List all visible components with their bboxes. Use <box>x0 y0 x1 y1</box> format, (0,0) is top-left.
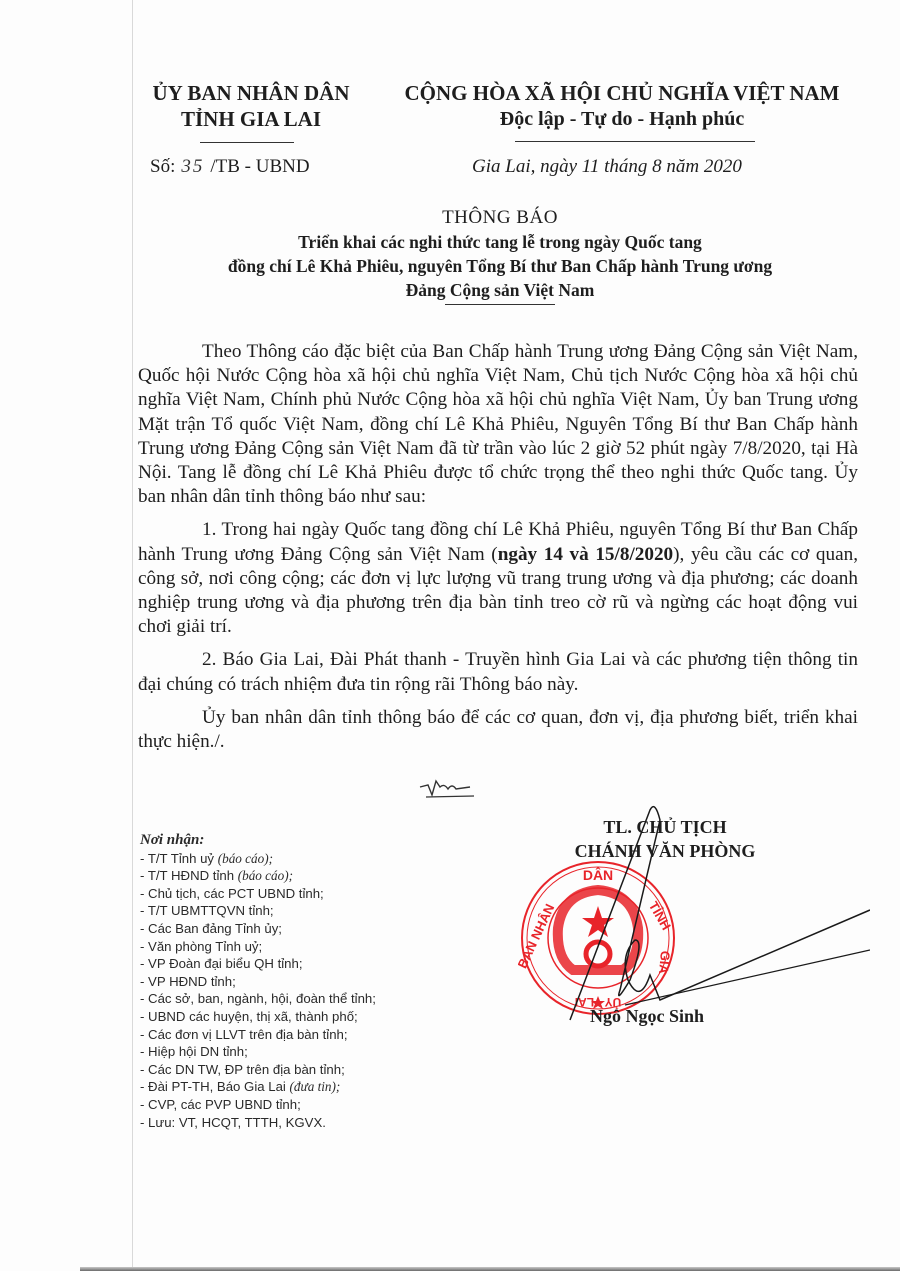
handwritten-initials-icon <box>418 775 498 799</box>
recipient-item: - Các Ban đảng Tỉnh ủy; <box>140 920 376 938</box>
item-2-paragraph: 2. Báo Gia Lai, Đài Phát thanh - Truyền … <box>138 648 858 696</box>
recipient-item: - T/T UBMTTQVN tỉnh; <box>140 902 376 920</box>
doc-number-handwritten: 35 <box>181 156 204 177</box>
scan-edge <box>132 0 133 1268</box>
recipient-items: - T/T Tỉnh uỷ (báo cáo);- T/T HĐND tỉnh … <box>140 850 376 1132</box>
signer-name: Ngô Ngọc Sinh <box>590 1006 704 1027</box>
subtitle-line1: Triển khai các nghi thức tang lễ trong n… <box>150 230 850 254</box>
funeral-dates: ngày 14 và 15/8/2020 <box>498 544 673 565</box>
doc-number-prefix: Số: <box>150 156 175 177</box>
recipient-item: - Các đơn vị LLVT trên địa bàn tỉnh; <box>140 1026 376 1044</box>
intro-paragraph: Theo Thông cáo đặc biệt của Ban Chấp hàn… <box>138 340 858 509</box>
scan-shadow <box>80 1267 900 1271</box>
item-1-paragraph: 1. Trong hai ngày Quốc tang đồng chí Lê … <box>138 518 858 639</box>
document-body: Theo Thông cáo đặc biệt của Ban Chấp hàn… <box>138 340 858 763</box>
issuing-organization: ỦY BAN NHÂN DÂN TỈNH GIA LAI <box>128 80 374 132</box>
recipients-list: Nơi nhận: - T/T Tỉnh uỷ (báo cáo);- T/T … <box>140 832 376 1131</box>
org-name-line1: ỦY BAN NHÂN DÂN <box>128 80 374 106</box>
recipient-item: - Đài PT-TH, Báo Gia Lai (đưa tin); <box>140 1078 376 1096</box>
org-name-line2: TỈNH GIA LAI <box>128 106 374 132</box>
recipient-item: - Văn phòng Tỉnh uỷ; <box>140 938 376 956</box>
recipient-note: (đưa tin); <box>290 1079 341 1094</box>
motto-underline <box>515 141 755 142</box>
recipient-note: (báo cáo); <box>218 851 273 866</box>
title-underline <box>445 304 555 305</box>
recipient-item: - T/T Tỉnh uỷ (báo cáo); <box>140 850 376 868</box>
handwritten-signature-icon <box>540 790 870 1030</box>
recipient-item: - UBND các huyện, thị xã, thành phố; <box>140 1008 376 1026</box>
document-type: THÔNG BÁO <box>150 206 850 230</box>
nation-name: CỘNG HÒA XÃ HỘI CHỦ NGHĨA VIỆT NAM <box>392 80 852 106</box>
recipients-heading: Nơi nhận: <box>140 832 376 850</box>
recipient-item: - CVP, các PVP UBND tỉnh; <box>140 1096 376 1114</box>
org-underline <box>200 142 294 143</box>
recipient-item: - Các DN TW, ĐP trên địa bàn tỉnh; <box>140 1061 376 1079</box>
document-title: THÔNG BÁO Triển khai các nghi thức tang … <box>150 206 850 305</box>
recipient-item: - VP Đoàn đại biểu QH tỉnh; <box>140 955 376 973</box>
closing-paragraph: Ủy ban nhân dân tỉnh thông báo để các cơ… <box>138 706 858 754</box>
recipient-item: - VP HĐND tỉnh; <box>140 973 376 991</box>
doc-number-suffix: /TB - UBND <box>210 156 309 177</box>
recipient-note: (báo cáo); <box>238 868 293 883</box>
subtitle-line2: đồng chí Lê Khả Phiêu, nguyên Tổng Bí th… <box>150 254 850 278</box>
recipient-item: - Chủ tịch, các PCT UBND tỉnh; <box>140 885 376 903</box>
recipient-item: - T/T HĐND tỉnh (báo cáo); <box>140 867 376 885</box>
place-date: Gia Lai, ngày 11 tháng 8 năm 2020 <box>472 156 742 178</box>
national-header: CỘNG HÒA XÃ HỘI CHỦ NGHĨA VIỆT NAM Độc l… <box>392 80 852 132</box>
recipient-item: - Các sở, ban, ngành, hội, đoàn thể tỉnh… <box>140 990 376 1008</box>
subtitle-line3: Đảng Cộng sản Việt Nam <box>150 278 850 302</box>
recipient-item: - Hiệp hội DN tỉnh; <box>140 1043 376 1061</box>
document-number: Số:35/TB - UBND <box>150 156 310 178</box>
national-motto: Độc lập - Tự do - Hạnh phúc <box>392 106 852 132</box>
recipient-item: - Lưu: VT, HCQT, TTTH, KGVX. <box>140 1114 376 1132</box>
